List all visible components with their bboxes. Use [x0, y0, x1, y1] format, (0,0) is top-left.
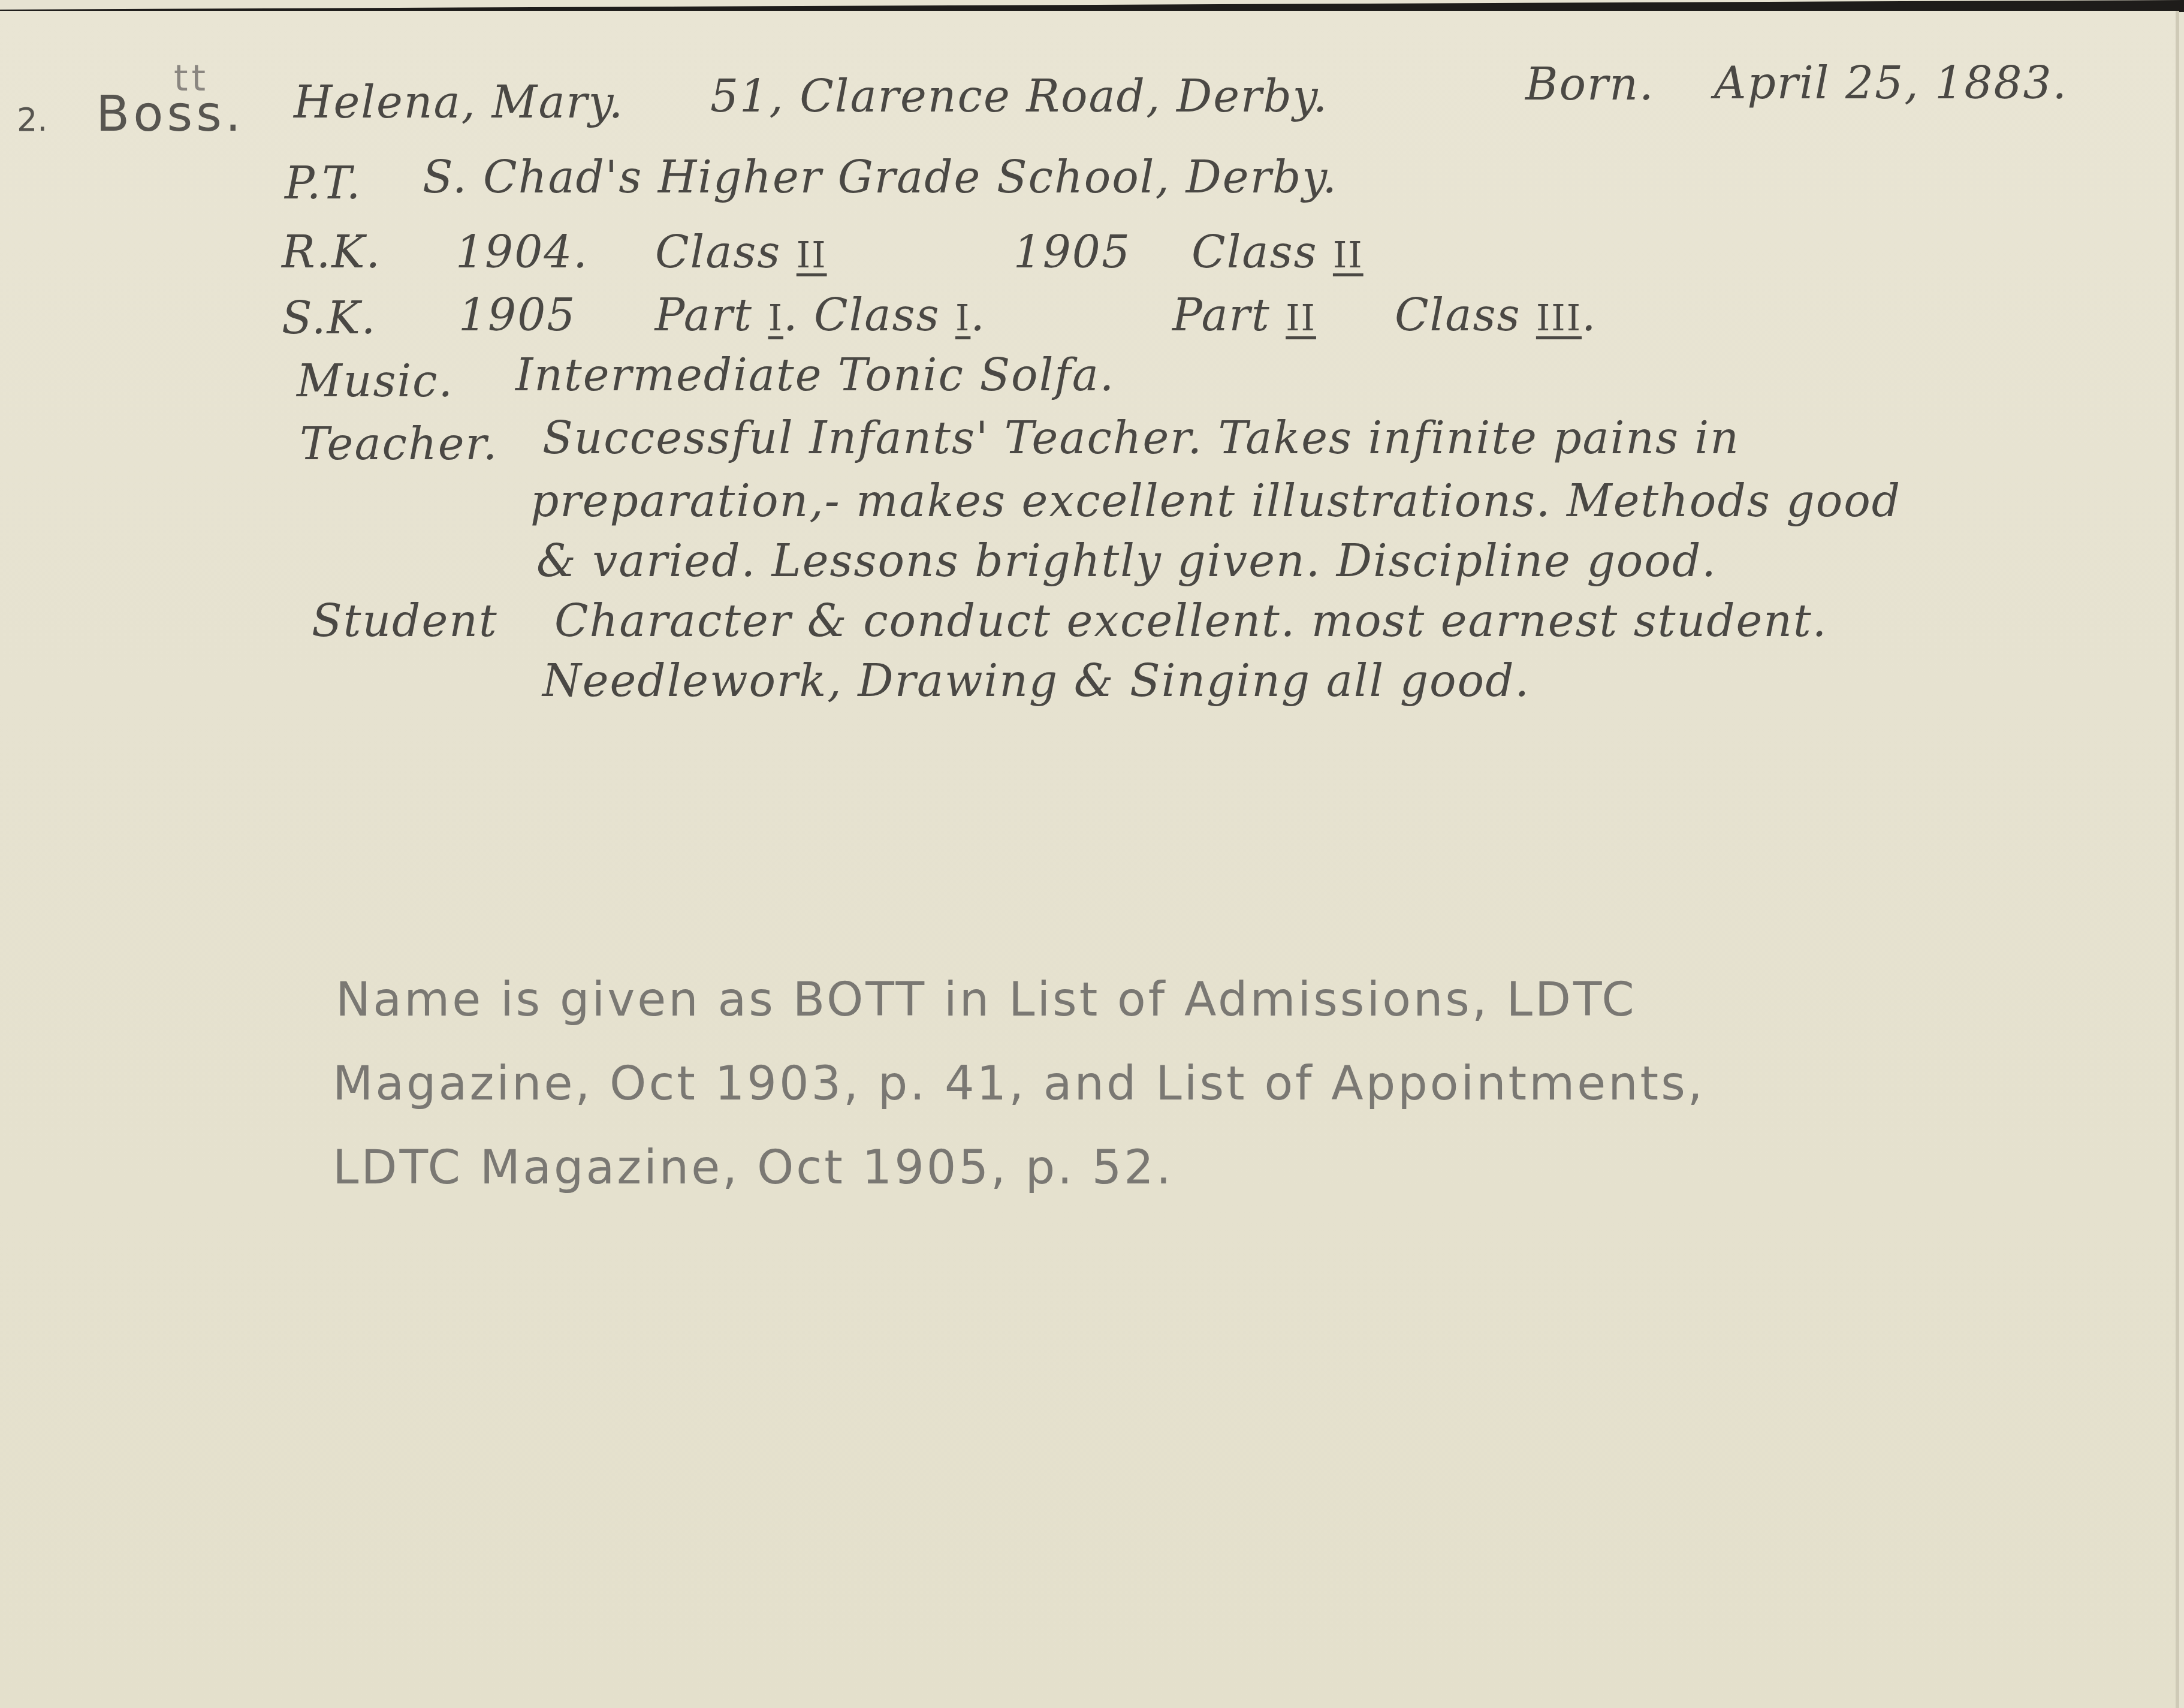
student-line-1: Character & conduct excellent. most earn…	[554, 595, 1827, 647]
rk-class-1-label: Class	[655, 227, 781, 278]
sk-class-2-label: Class	[1395, 290, 1521, 341]
pt-value: S. Chad's Higher Grade School, Derby.	[423, 152, 1338, 203]
pencil-note-line-1: Name is given as BOTT in List of Admissi…	[336, 973, 1637, 1027]
student-line-2: Needlework, Drawing & Singing all good.	[542, 655, 1530, 707]
rk-class-2-label: Class	[1191, 227, 1317, 278]
teacher-label: Teacher.	[300, 418, 498, 470]
rk-row: 1904. Class II 1905 Class II	[455, 227, 1364, 278]
teacher-line-3: & varied. Lessons brightly given. Discip…	[536, 535, 1717, 587]
music-label: Music.	[297, 356, 454, 407]
rk-year-2: 1905	[1013, 227, 1131, 278]
sk-class-2-number: III	[1536, 297, 1582, 339]
rk-class-1-number: II	[797, 234, 827, 276]
sk-part-1-label: Part	[654, 290, 753, 341]
sk-part-1-number: I	[768, 297, 783, 339]
rk-label: R.K.	[282, 227, 381, 278]
entry-number: 2.	[17, 101, 48, 138]
sk-row: 1905 Part I. Class I. Part II Class III.	[458, 290, 1597, 341]
sk-part-2-label: Part	[1172, 290, 1271, 341]
given-names: Helena, Mary.	[294, 77, 624, 128]
pencil-note-line-2: Magazine, Oct 1903, p. 41, and List of A…	[333, 1057, 1705, 1111]
sk-class-1-label: . Class	[783, 290, 940, 341]
sk-year: 1905	[458, 290, 576, 341]
born-label: Born.	[1525, 59, 1655, 110]
pencil-note-line-3: LDTC Magazine, Oct 1905, p. 52.	[333, 1141, 1174, 1195]
pt-label: P.T.	[285, 158, 361, 209]
sk-class-1-number: I	[955, 297, 970, 339]
music-value: Intermediate Tonic Solfa.	[515, 350, 1115, 401]
surname-pencil-correction: tt	[174, 58, 209, 100]
sk-part-2-number: II	[1286, 297, 1316, 339]
teacher-line-2: preparation,- makes excellent illustrati…	[530, 475, 1901, 527]
born-date: April 25, 1883.	[1714, 58, 2068, 109]
student-label: Student	[312, 595, 498, 647]
sk-class-1-period: .	[970, 290, 986, 341]
rk-year-1: 1904.	[455, 227, 589, 278]
address: 51, Clarence Road, Derby.	[710, 71, 1328, 122]
rk-class-2-number: II	[1333, 234, 1364, 276]
sk-label: S.K.	[282, 293, 376, 344]
teacher-line-1: Successful Infants' Teacher. Takes infin…	[542, 412, 1740, 464]
surname: Boss.	[96, 86, 245, 143]
sk-class-2-period: .	[1582, 290, 1597, 341]
record-card: 2. Boss. tt Helena, Mary. 51, Clarence R…	[0, 11, 2179, 1708]
